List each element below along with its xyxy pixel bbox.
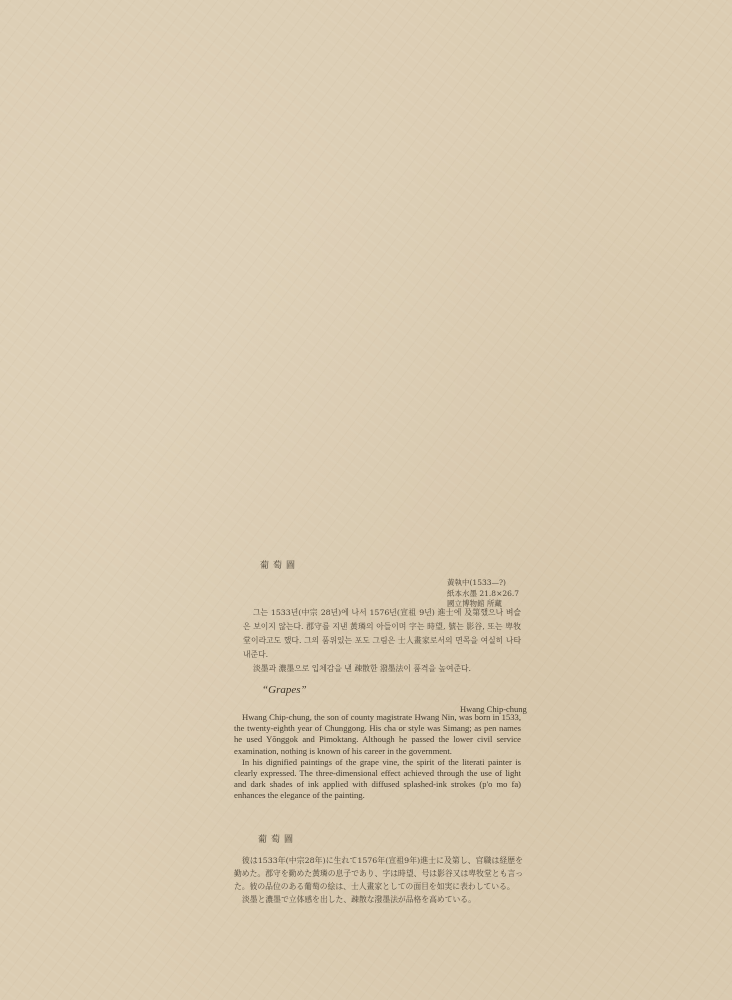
english-paragraph: Hwang Chip-chung, the son of county magi…: [234, 712, 521, 757]
meta-artist: 黃執中(1533—?): [447, 578, 519, 589]
japanese-description: 彼は1533年(中宗28年)に生れて1576年(宣祖9年)進士に及第し、官職は経…: [234, 854, 523, 906]
quote-close: ”: [301, 684, 307, 696]
japanese-title: 葡萄圖: [258, 832, 297, 845]
english-description: Hwang Chip-chung, the son of county magi…: [234, 712, 521, 802]
korean-title: 葡萄圖: [260, 558, 299, 571]
korean-paragraph: 그는 1533년(中宗 28년)에 나서 1576년(宣祖 9년) 進士에 及第…: [243, 606, 521, 662]
japanese-paragraph: 彼は1533年(中宗28年)に生れて1576年(宣祖9年)進士に及第し、官職は経…: [234, 854, 523, 893]
english-paragraph: In his dignified paintings of the grape …: [234, 757, 521, 802]
meta-medium-size: 紙本水墨 21.8×26.7: [447, 589, 519, 600]
korean-description: 그는 1533년(中宗 28년)에 나서 1576년(宣祖 9년) 進士에 及第…: [243, 606, 521, 676]
english-title-text: Grapes: [268, 684, 300, 696]
english-title: “Grapes”: [262, 684, 307, 696]
japanese-paragraph: 淡墨と濃墨で立体感を出した、疎散な潑墨法が品格を高めている。: [234, 893, 523, 906]
korean-paragraph: 淡墨과 濃墨으로 입체감을 낸 疎散한 潑墨法이 품격을 높여준다.: [243, 662, 521, 676]
artwork-metadata: 黃執中(1533—?) 紙本水墨 21.8×26.7 國立博物館 所藏: [447, 578, 519, 610]
